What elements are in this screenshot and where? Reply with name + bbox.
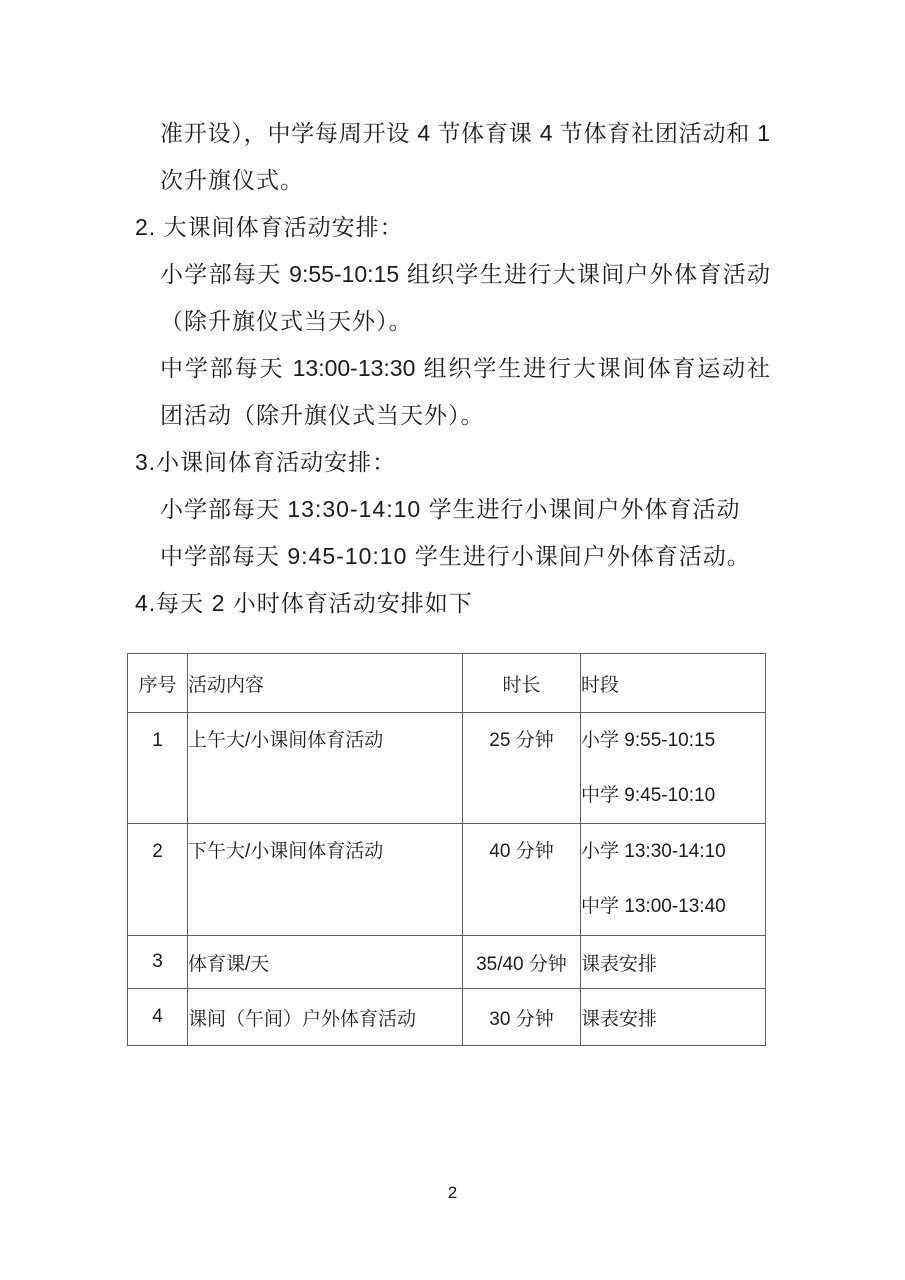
col-header-period: 时段 [581,654,766,713]
document-body: 准开设），中学每周开设 4 节体育课 4 节体育社团活动和 1 次升旗仪式。 2… [135,110,770,627]
col-header-activity: 活动内容 [188,654,463,713]
cell-text: 40 分钟 [463,824,580,879]
col-header-serial: 序号 [128,654,188,713]
period-line: 中学 9:45-10:10 [581,768,765,823]
table-header-row: 序号 活动内容 时长 时段 [128,654,766,713]
table-row: 2 下午大/小课间体育活动 40 分钟 小学 13:30-14:10 中学 13… [128,824,766,936]
cell-text: 下午大/小课间体育活动 [188,824,462,879]
cell-r3-duration: 35/40 分钟 [463,936,581,989]
activity-schedule-table: 序号 活动内容 时长 时段 1 上午大/小课间体育活动 25 分钟 小学 9:5… [127,653,766,1046]
table-row: 1 上午大/小课间体育活动 25 分钟 小学 9:55-10:15 中学 9:4… [128,713,766,824]
cell-r1-duration: 25 分钟 [463,713,581,824]
body-line-8: 3.小课间体育活动安排： [135,439,770,486]
cell-text: 25 分钟 [463,713,580,768]
table-row: 3 体育课/天 35/40 分钟 课表安排 [128,936,766,989]
body-line-7: 团活动（除升旗仪式当天外）。 [160,392,770,439]
body-line-5: （除升旗仪式当天外）。 [160,298,770,345]
page-number: 2 [0,1183,905,1203]
body-line-9: 小学部每天 13:30-14:10 学生进行小课间户外体育活动 [160,486,770,533]
body-line-2: 次升旗仪式。 [160,157,770,204]
document-page: 准开设），中学每周开设 4 节体育课 4 节体育社团活动和 1 次升旗仪式。 2… [0,0,905,1280]
body-line-6: 中学部每天 13:00-13:30 组织学生进行大课间体育运动社 [160,345,770,392]
cell-r4-period: 课表安排 [581,989,766,1046]
cell-r2-period: 小学 13:30-14:10 中学 13:00-13:40 [581,824,766,936]
cell-r3-serial: 3 [128,936,188,989]
cell-r4-duration: 30 分钟 [463,989,581,1046]
body-line-11: 4.每天 2 小时体育活动安排如下 [135,580,770,627]
table-row: 4 课间（午间）户外体育活动 30 分钟 课表安排 [128,989,766,1046]
cell-r4-serial: 4 [128,989,188,1046]
cell-r2-duration: 40 分钟 [463,824,581,936]
cell-r2-activity: 下午大/小课间体育活动 [188,824,463,936]
body-line-1: 准开设），中学每周开设 4 节体育课 4 节体育社团活动和 1 [160,110,770,157]
cell-r2-serial: 2 [128,824,188,936]
cell-r1-period: 小学 9:55-10:15 中学 9:45-10:10 [581,713,766,824]
cell-r3-activity: 体育课/天 [188,936,463,989]
period-line: 小学 13:30-14:10 [581,824,765,879]
cell-r1-serial: 1 [128,713,188,824]
cell-text: 2 [128,824,187,879]
col-header-duration: 时长 [463,654,581,713]
cell-text: 1 [128,713,187,768]
cell-r4-activity: 课间（午间）户外体育活动 [188,989,463,1046]
period-line: 小学 9:55-10:15 [581,713,765,768]
cell-r3-period: 课表安排 [581,936,766,989]
body-line-4: 小学部每天 9:55-10:15 组织学生进行大课间户外体育活动 [160,251,770,298]
cell-text: 上午大/小课间体育活动 [188,713,462,768]
body-line-3: 2. 大课间体育活动安排： [135,204,770,251]
cell-r1-activity: 上午大/小课间体育活动 [188,713,463,824]
body-line-10: 中学部每天 9:45-10:10 学生进行小课间户外体育活动。 [160,533,770,580]
period-line: 中学 13:00-13:40 [581,879,765,934]
